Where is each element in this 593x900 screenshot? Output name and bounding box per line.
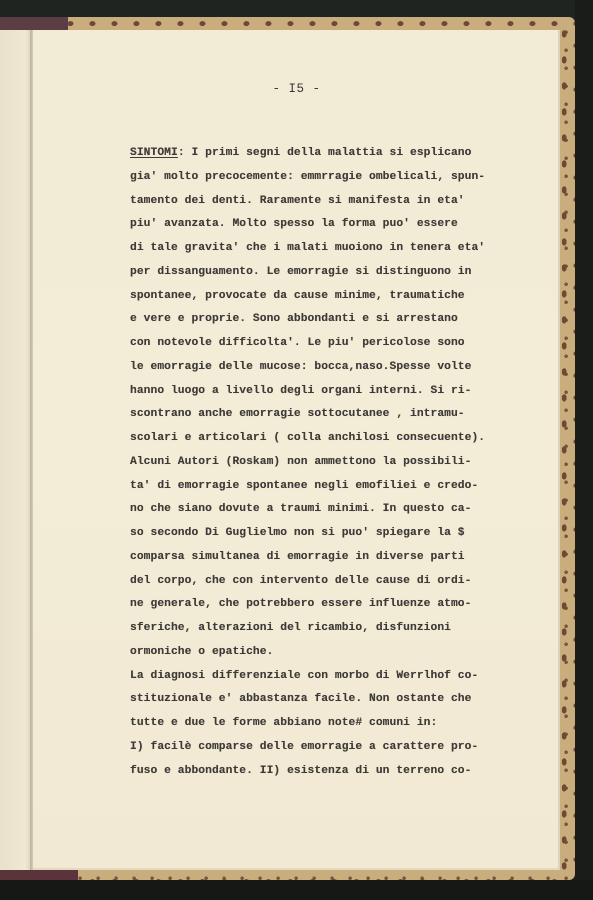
spine-top bbox=[0, 17, 68, 30]
text-line: spontanee, provocate da cause minime, tr… bbox=[130, 285, 530, 309]
text-line: so secondo Di Guglielmo non si puo' spie… bbox=[130, 522, 530, 546]
text-line: scontrano anche emorragie sottocutanee ,… bbox=[130, 403, 530, 427]
section-heading: SINTOMI bbox=[130, 147, 178, 159]
background-top bbox=[0, 0, 593, 18]
background-right bbox=[575, 0, 593, 900]
text-line: SINTOMI: I primi segni della malattia si… bbox=[130, 142, 530, 166]
text-line: scolari e articolari ( colla anchilosi c… bbox=[130, 427, 530, 451]
text-line: La diagnosi differenziale con morbo di W… bbox=[130, 665, 530, 689]
text-line: fuso e abbondante. II) esistenza di un t… bbox=[130, 760, 530, 784]
text-line: Alcuni Autori (Roskam) non ammettono la … bbox=[130, 451, 530, 475]
previous-page-edge bbox=[0, 30, 32, 870]
page-number: - I5 - bbox=[33, 82, 560, 96]
text-line: del corpo, che con intervento delle caus… bbox=[130, 570, 530, 594]
text-line: I) facilè comparse delle emorragie a car… bbox=[130, 736, 530, 760]
background-bottom bbox=[0, 880, 593, 900]
text-line: ta' di emorragie spontanee negli emofili… bbox=[130, 475, 530, 499]
text-line: ormoniche o epatiche. bbox=[130, 641, 530, 665]
text-line: le emorragie delle mucose: bocca,naso.Sp… bbox=[130, 356, 530, 380]
text-line: tamento dei denti. Raramente si manifest… bbox=[130, 190, 530, 214]
text-line: ne generale, che potrebbero essere influ… bbox=[130, 593, 530, 617]
text-line: hanno luogo a livello degli organi inter… bbox=[130, 380, 530, 404]
typewritten-text-block: SINTOMI: I primi segni della malattia si… bbox=[130, 142, 530, 783]
text-line: sferiche, alterazioni del ricambio, disf… bbox=[130, 617, 530, 641]
text-line: gia' molto precocemente: emmrragie ombel… bbox=[130, 166, 530, 190]
text-line: e vere e proprie. Sono abbondanti e si a… bbox=[130, 308, 530, 332]
document-page: - I5 - SINTOMI: I primi segni della mala… bbox=[33, 30, 560, 870]
text-line: comparsa simultanea di emorragie in dive… bbox=[130, 546, 530, 570]
text-line: di tale gravita' che i malati muoiono in… bbox=[130, 237, 530, 261]
text-line: no che siano dovute a traumi minimi. In … bbox=[130, 498, 530, 522]
text-line: piu' avanzata. Molto spesso la forma puo… bbox=[130, 213, 530, 237]
text-line: per dissanguamento. Le emorragie si dist… bbox=[130, 261, 530, 285]
text-line: con notevole difficolta'. Le piu' perico… bbox=[130, 332, 530, 356]
text-line: stituzionale e' abbastanza facile. Non o… bbox=[130, 688, 530, 712]
text-line: tutte e due le forme abbiano note# comun… bbox=[130, 712, 530, 736]
